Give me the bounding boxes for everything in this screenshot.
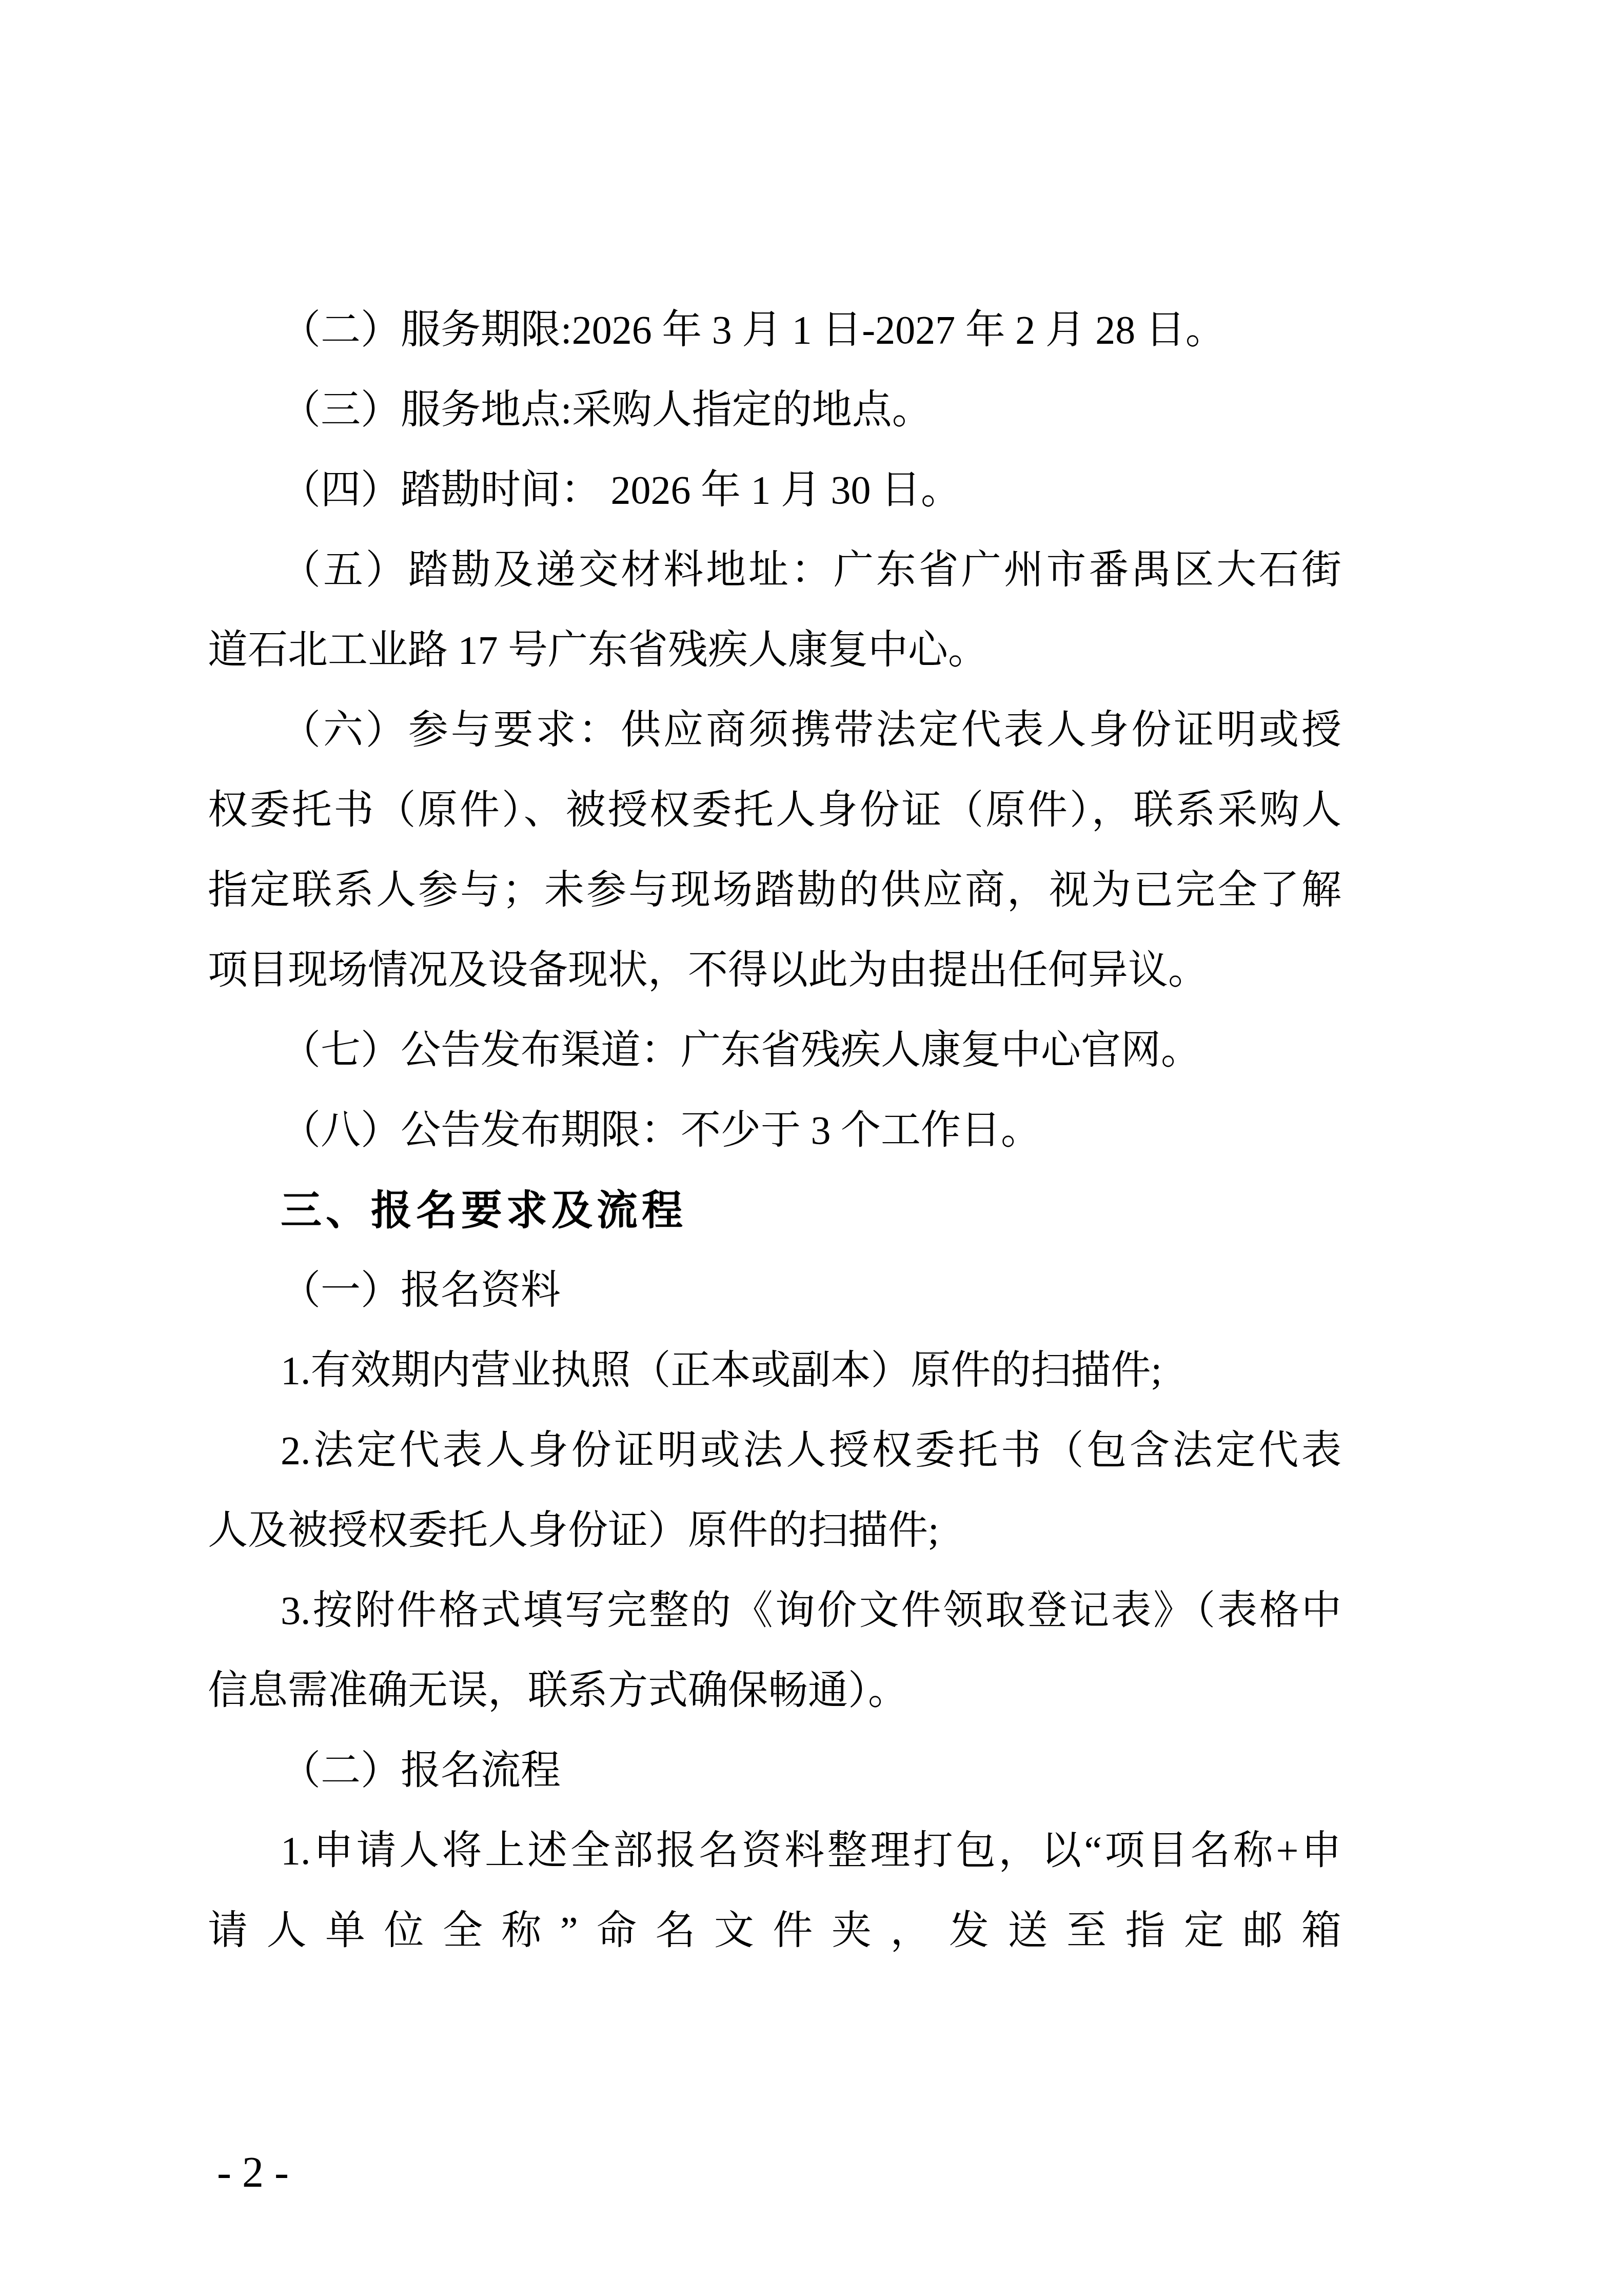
- line-announcement-channel: （七）公告发布渠道：广东省残疾人康复中心官网。: [208, 1010, 1341, 1090]
- line-announcement-period: （八）公告发布期限：不少于 3 个工作日。: [208, 1090, 1341, 1170]
- line-survey-address-1: （五）踏勘及递交材料地址：广东省广州市番禺区大石街: [208, 530, 1341, 610]
- line-survey-address-2: 道石北工业路 17 号广东省残疾人康复中心。: [208, 610, 1341, 690]
- line-participation-requirement-4: 项目现场情况及设备现状，不得以此为由提出任何异议。: [208, 930, 1341, 1010]
- page-number: - 2 -: [217, 2150, 289, 2196]
- line-participation-requirement-2: 权委托书（原件）、被授权委托人身份证（原件），联系采购人: [208, 770, 1341, 850]
- line-survey-time: （四）踏勘时间： 2026 年 1 月 30 日。: [208, 450, 1341, 530]
- line-material-item-3b: 信息需准确无误，联系方式确保畅通）。: [208, 1651, 1341, 1731]
- line-service-location: （三）服务地点:采购人指定的地点。: [208, 370, 1341, 450]
- line-participation-requirement-1: （六）参与要求：供应商须携带法定代表人身份证明或授: [208, 690, 1341, 770]
- section-heading-registration: 三、报名要求及流程: [208, 1170, 1341, 1250]
- line-service-period: （二）服务期限:2026 年 3 月 1 日-2027 年 2 月 28 日。: [208, 290, 1341, 370]
- line-material-item-1: 1.有效期内营业执照（正本或副本）原件的扫描件;: [208, 1330, 1341, 1410]
- line-registration-materials-title: （一）报名资料: [208, 1250, 1341, 1330]
- document-page: （二）服务期限:2026 年 3 月 1 日-2027 年 2 月 28 日。 …: [0, 0, 1621, 2296]
- line-material-item-2b: 人及被授权委托人身份证）原件的扫描件;: [208, 1490, 1341, 1571]
- line-process-step-1b: 请人单位全称”命名文件夹，发送至指定邮箱: [208, 1891, 1341, 1971]
- line-material-item-3a: 3.按附件格式填写完整的《询价文件领取登记表》（表格中: [208, 1571, 1341, 1651]
- line-participation-requirement-3: 指定联系人参与；未参与现场踏勘的供应商，视为已完全了解: [208, 850, 1341, 930]
- line-registration-process-title: （二）报名流程: [208, 1731, 1341, 1811]
- document-body: （二）服务期限:2026 年 3 月 1 日-2027 年 2 月 28 日。 …: [208, 290, 1341, 1971]
- line-material-item-2a: 2.法定代表人身份证明或法人授权委托书（包含法定代表: [208, 1410, 1341, 1490]
- line-process-step-1a: 1.申请人将上述全部报名资料整理打包，以“项目名称+申: [208, 1811, 1341, 1891]
